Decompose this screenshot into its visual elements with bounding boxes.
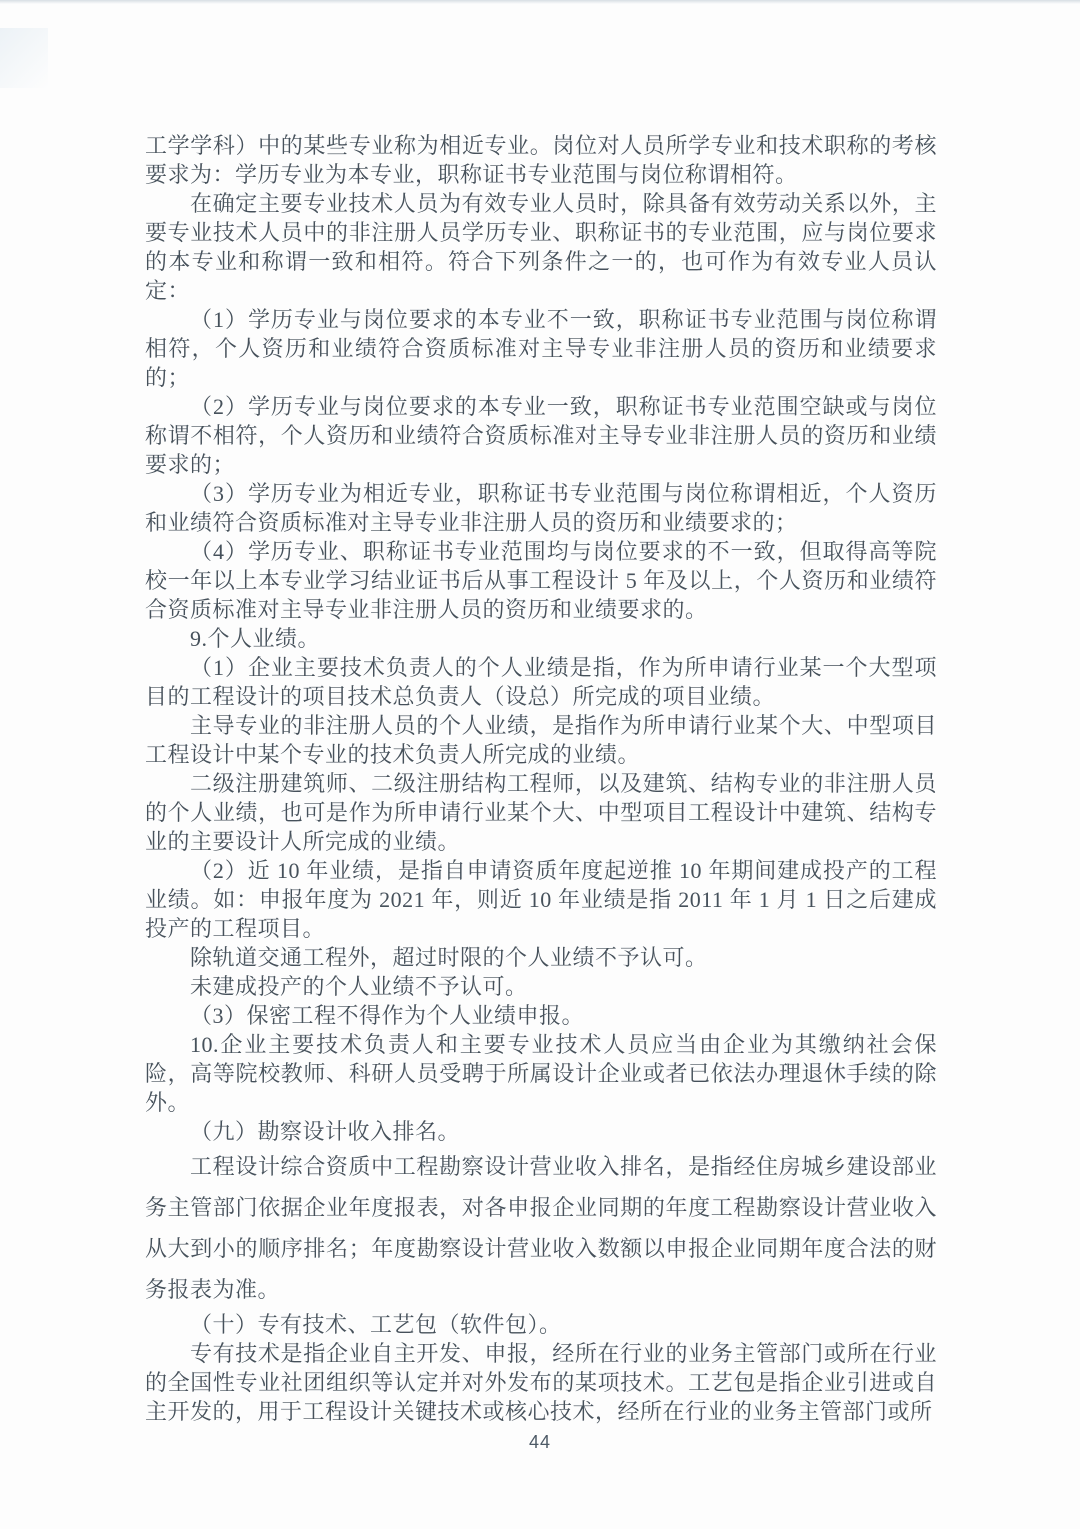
scan-smudge-artifact xyxy=(0,28,48,88)
item-9-heading: 9.个人业绩。 xyxy=(145,624,937,653)
section-jiu-heading: （九）勘察设计收入排名。 xyxy=(145,1117,937,1146)
paragraph-continuation: 工学学科）中的某些专业称为相近专业。岗位对人员所学专业和技术职称的考核要求为：学… xyxy=(145,131,937,189)
paragraph: （3）保密工程不得作为个人业绩申报。 xyxy=(145,1001,937,1030)
paragraph: 除轨道交通工程外，超过时限的个人业绩不予认可。 xyxy=(145,943,937,972)
paragraph: 在确定主要专业技术人员为有效专业人员时，除具备有效劳动关系以外，主要专业技术人员… xyxy=(145,189,937,305)
section-shi-heading: （十）专有技术、工艺包（软件包）。 xyxy=(145,1310,937,1339)
item-10-paragraph: 10.企业主要技术负责人和主要专业技术人员应当由企业为其缴纳社会保险，高等院校教… xyxy=(145,1030,937,1117)
document-page: 工学学科）中的某些专业称为相近专业。岗位对人员所学专业和技术职称的考核要求为：学… xyxy=(0,0,1080,1529)
scan-edge-artifact xyxy=(0,0,1080,4)
paragraph: 专有技术是指企业自主开发、申报，经所在行业的业务主管部门或所在行业的全国性专业社… xyxy=(145,1339,937,1426)
page-number: 44 xyxy=(0,1432,1080,1453)
paragraph: （1）企业主要技术负责人的个人业绩是指，作为所申请行业某一个大型项目的工程设计的… xyxy=(145,653,937,711)
paragraph: 主导专业的非注册人员的个人业绩，是指作为所申请行业某个大、中型项目工程设计中某个… xyxy=(145,711,937,769)
clause-3: （3）学历专业为相近专业，职称证书专业范围与岗位称谓相近，个人资历和业绩符合资质… xyxy=(145,479,937,537)
paragraph: 工程设计综合资质中工程勘察设计营业收入排名，是指经住房城乡建设部业务主管部门依据… xyxy=(145,1146,937,1310)
clause-4: （4）学历专业、职称证书专业范围均与岗位要求的不一致，但取得高等院校一年以上本专… xyxy=(145,537,937,624)
clause-1: （1）学历专业与岗位要求的本专业不一致，职称证书专业范围与岗位称谓相符，个人资历… xyxy=(145,305,937,392)
paragraph: 未建成投产的个人业绩不予认可。 xyxy=(145,972,937,1001)
paragraph: （2）近 10 年业绩，是指自申请资质年度起逆推 10 年期间建成投产的工程业绩… xyxy=(145,856,937,943)
paragraph: 二级注册建筑师、二级注册结构工程师，以及建筑、结构专业的非注册人员的个人业绩，也… xyxy=(145,769,937,856)
body-text: 工学学科）中的某些专业称为相近专业。岗位对人员所学专业和技术职称的考核要求为：学… xyxy=(145,131,937,1426)
clause-2: （2）学历专业与岗位要求的本专业一致，职称证书专业范围空缺或与岗位称谓不相符，个… xyxy=(145,392,937,479)
